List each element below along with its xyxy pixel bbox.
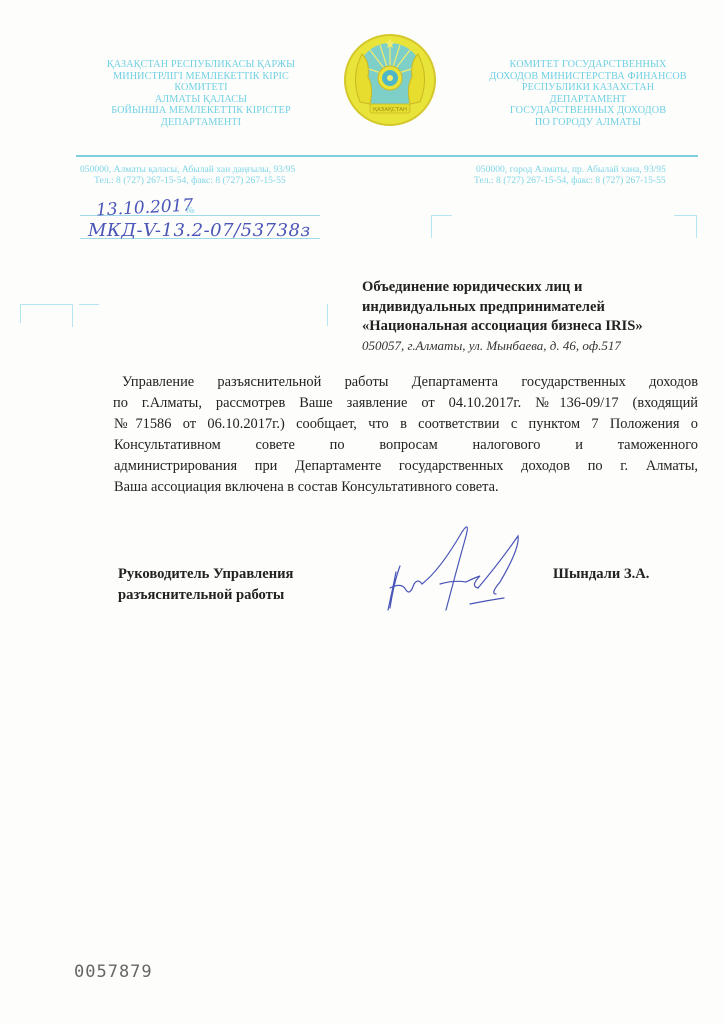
letterhead-left-line: АЛМАТЫ ҚАЛАСЫ <box>70 94 332 106</box>
emblem-text: ҚАЗАҚСТАН <box>373 107 407 113</box>
letter-body: Управление разъяснительной работы Департ… <box>114 372 698 498</box>
letterhead-right-line: ДЕПАРТАМЕНТ <box>458 94 718 106</box>
position-line: разъяснительной работы <box>118 585 293 606</box>
letterhead-divider <box>76 155 698 157</box>
serial-number: 0057879 <box>74 962 153 982</box>
address-window-corner <box>674 215 697 238</box>
handwritten-signature-icon <box>370 522 530 614</box>
recipient-line: Объединение юридических лиц и <box>362 278 643 298</box>
number-label: № <box>186 205 195 215</box>
body-line: Управление разъяснительной работы Департ… <box>114 372 698 393</box>
letterhead-left-line: ДЕПАРТАМЕНТІ <box>70 117 332 129</box>
letterhead-right-line: ДОХОДОВ МИНИСТЕРСТВА ФИНАНСОВ <box>458 71 718 83</box>
letterhead-left-line: МИНИСТРЛІГІ МЕМЛЕКЕТТІК КІРІС <box>70 71 332 83</box>
letterhead-left-line: КОМИТЕТІ <box>70 82 332 94</box>
signatory-position: Руководитель Управления разъяснительной … <box>118 564 293 606</box>
signatory-name: Шындали З.А. <box>553 564 649 585</box>
recipient-line: «Национальная ассоциация бизнеса IRIS» <box>362 317 643 337</box>
address-line: 050000, город Алматы, пр. Абылай хана, 9… <box>474 164 666 175</box>
phone-line: Тел.: 8 (727) 267-15-54, факс: 8 (727) 2… <box>474 175 666 186</box>
letterhead-left-line: БОЙЫНША МЕМЛЕКЕТТІК КІРІСТЕР <box>70 105 332 117</box>
registration-number: МКД-V-13.2-07/53738з <box>88 220 311 241</box>
registration-date: 13.10.2017 <box>96 195 194 220</box>
kazakhstan-emblem-icon: ҚАЗАҚСТАН <box>340 32 440 128</box>
address-window-corner <box>79 304 99 305</box>
body-line: по г.Алматы, рассмотрев Ваше заявление о… <box>113 393 698 414</box>
phone-line: Тел.: 8 (727) 267-15-54, факс: 8 (727) 2… <box>80 175 295 186</box>
recipient-line: индивидуальных предпринимателей <box>362 298 643 318</box>
letterhead-right-line: ГОСУДАРСТВЕННЫХ ДОХОДОВ <box>458 105 718 117</box>
letterhead-right-line: КОМИТЕТ ГОСУДАРСТВЕННЫХ <box>458 59 718 71</box>
letterhead-right-line: РЕСПУБЛИКИ КАЗАХСТАН <box>458 82 718 94</box>
recipient-block: Объединение юридических лиц и индивидуал… <box>362 278 643 355</box>
letterhead-left-kz: ҚАЗАҚСТАН РЕСПУБЛИКАСЫ ҚАРЖЫ МИНИСТРЛІГІ… <box>70 59 332 129</box>
recipient-address: 050057, г.Алматы, ул. Мынбаева, д. 46, о… <box>362 337 643 355</box>
address-window-corner <box>55 304 73 327</box>
letterhead-right-ru: КОМИТЕТ ГОСУДАРСТВЕННЫХ ДОХОДОВ МИНИСТЕР… <box>458 59 718 129</box>
body-line: администрирования при Департаменте госуд… <box>114 456 698 477</box>
address-window-corner <box>327 304 328 326</box>
body-line: №71586 от 06.10.2017г.) сообщает, что в … <box>114 414 698 435</box>
address-line: 050000, Алматы қаласы, Абылай хан даңғыл… <box>80 164 295 175</box>
body-line: Ваша ассоциация включена в состав Консул… <box>114 477 698 498</box>
letterhead-right-line: ПО ГОРОДУ АЛМАТЫ <box>458 117 718 129</box>
address-window-corner <box>431 215 452 238</box>
position-line: Руководитель Управления <box>118 564 293 585</box>
letterhead-right-address: 050000, город Алматы, пр. Абылай хана, 9… <box>474 164 666 186</box>
letterhead-left-address: 050000, Алматы қаласы, Абылай хан даңғыл… <box>80 164 295 186</box>
letterhead-left-line: ҚАЗАҚСТАН РЕСПУБЛИКАСЫ ҚАРЖЫ <box>70 59 332 71</box>
body-line: Консультативном совете по вопросам налог… <box>114 435 698 456</box>
